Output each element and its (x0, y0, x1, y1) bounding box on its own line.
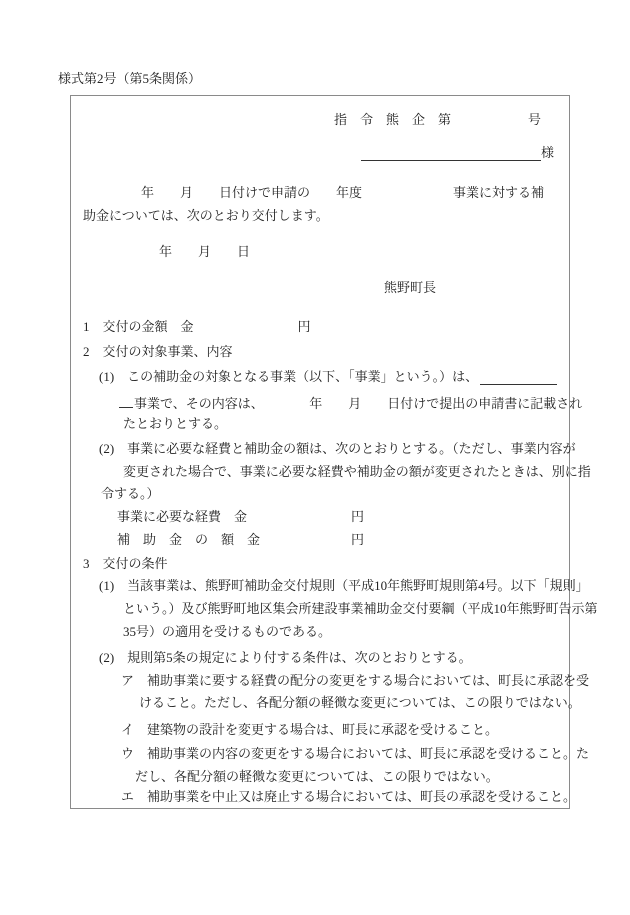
item-2-1-text: (1) この補助金の対象となる事業（以下、「事業」という。）は、 (99, 368, 478, 385)
directive-prefix: 指 令 熊 企 第 (334, 111, 451, 128)
blank-underline (119, 392, 133, 408)
item-3-2-line-a: (2) 規則第5条の規定により付する条件は、次のとおりとする。 (99, 649, 472, 666)
condition-i-line: イ 建築物の設計を変更する場合は、町長に承認を受けること。 (121, 721, 498, 738)
addressee-blank-field (361, 144, 541, 161)
item-3-1-line-c: 35号）の適用を受けるものである。 (123, 623, 331, 640)
addressee-line: 様 (361, 144, 554, 161)
item-2-2-line-a: (2) 事業に必要な経費と補助金の額は、次のとおりとする。（ただし、事業内容が (99, 440, 576, 457)
form-number-label: 様式第2号（第5条関係） (58, 68, 201, 87)
item-2-heading: 2 交付の対象事業、内容 (83, 343, 233, 360)
item-2-2-line-c: 令する。） (101, 485, 160, 502)
item-2-1-line-b: 事業で、その内容は、 年 月 日付けで提出の申請書に記載され (119, 392, 582, 412)
condition-u-line-2: だし、各配分額の軽微な変更については、この限りではない。 (135, 768, 499, 785)
directive-number-line: 指 令 熊 企 第 号 (334, 111, 541, 128)
expense-amount-line: 事業に必要な経費 金 円 (117, 508, 364, 525)
condition-a-line-1: ア 補助事業に要する経費の配分の変更をする場合においては、町長に承認を受 (121, 672, 589, 689)
document-page: 様式第2号（第5条関係） 指 令 熊 企 第 号 様 年 月 日付けで申請の 年… (0, 0, 630, 915)
item-2-1-line-c: たとおりとする。 (123, 415, 227, 432)
subsidy-amount-line: 補 助 金 の 額 金 円 (117, 531, 364, 548)
item-3-1-line-b: という。）及び熊野町地区集会所建設事業補助金交付要綱（平成10年熊野町告示第 (123, 600, 598, 617)
issue-date-line: 年 月 日 (159, 243, 250, 260)
intro-line-2: 助金については、次のとおり交付します。 (83, 207, 329, 224)
item-3-1-line-a: (1) 当該事業は、熊野町補助金交付規則（平成10年熊野町規則第4号。以下「規則… (99, 577, 589, 594)
project-name-blank-field (480, 369, 557, 385)
intro-line-1: 年 月 日付けで申請の 年度 事業に対する補 (141, 184, 544, 201)
mayor-signature-line: 熊野町長 (384, 279, 436, 296)
condition-e-line: エ 補助事業を中止又は廃止する場合においては、町長の承認を受けること。 (121, 788, 576, 805)
item-3-heading: 3 交付の条件 (83, 555, 168, 572)
item-2-2-line-b: 変更された場合で、事業に必要な経費や補助金の額が変更されたときは、別に指 (123, 463, 591, 480)
item-2-1-line-b-text: 事業で、その内容は、 年 月 日付けで提出の申請書に記載され (134, 396, 582, 411)
item-2-1-line-a: (1) この補助金の対象となる事業（以下、「事業」という。）は、 (99, 368, 557, 385)
condition-a-line-2: けること。ただし、各配分額の軽微な変更については、この限りではない。 (139, 694, 581, 711)
document-box: 指 令 熊 企 第 号 様 年 月 日付けで申請の 年度 事業に対する補 助金に… (70, 95, 570, 809)
addressee-suffix: 様 (541, 144, 554, 161)
directive-number-suffix: 号 (528, 111, 541, 128)
condition-u-line-1: ウ 補助事業の内容の変更をする場合においては、町長に承認を受けること。た (121, 745, 589, 762)
item-1-grant-amount: 1 交付の金額 金 円 (83, 318, 311, 335)
